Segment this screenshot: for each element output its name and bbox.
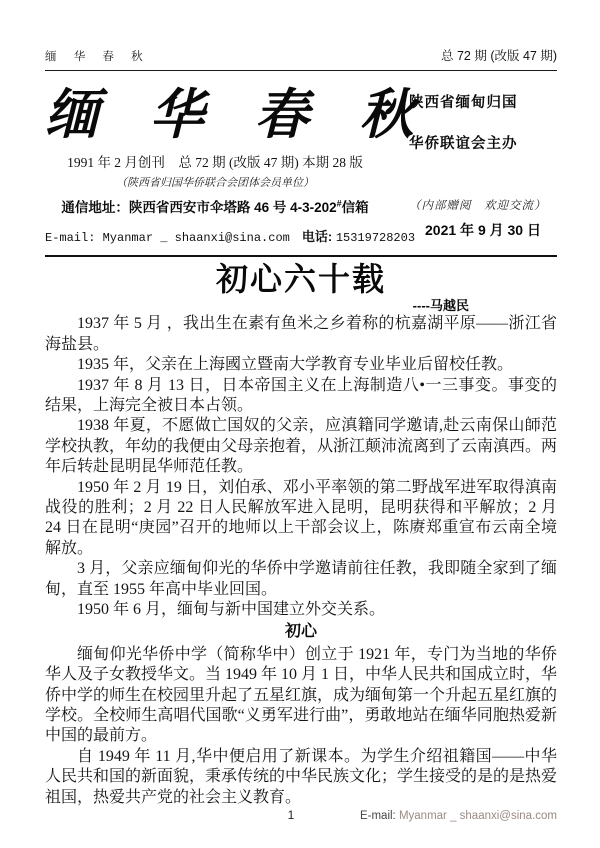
article-author: ----马越民 xyxy=(45,295,557,314)
article-body: 1937 年 5 月 ，我出生在素有鱼米之乡着称的杭嘉湖平原——浙江省海盐县。1… xyxy=(45,314,557,620)
running-header: 缅 华 春 秋 总 72 期 (改版 47 期) xyxy=(45,46,557,71)
article-title: 初心六十载 xyxy=(45,261,557,298)
contact-line: E-mail: Myanmar _ shaanxi@sina.com 电话: 1… xyxy=(45,226,385,245)
paragraph: 1935 年，父亲在上海國立暨南大学教育专业毕业后留校任教。 xyxy=(45,355,557,375)
mailing-address: 通信地址：陕西省西安市伞塔路 46 号 4-3-202#信箱 xyxy=(45,196,385,216)
paragraph: 3 月，父亲应缅甸仰光的华侨中学邀请前往任教，我即随全家到了缅甸，直至 1955… xyxy=(45,559,557,600)
publication-info: 1991 年 2 月创刊 总 72 期 (改版 47 期) 本期 28 版 xyxy=(45,151,385,171)
address-main: 陕西省西安市伞塔路 46 号 4-3-202 xyxy=(129,200,337,215)
paragraph: 1937 年 5 月 ，我出生在素有鱼米之乡着称的杭嘉湖平原——浙江省海盐县。 xyxy=(45,314,557,355)
email-label: E-mail: xyxy=(45,231,103,245)
section-body: 缅甸仰光华侨中学（简称华中）创立于 1921 年，专门为当地的华侨华人及子女教授… xyxy=(45,645,557,808)
section-heading: 初心 xyxy=(45,622,557,642)
masthead: 缅 华 春 秋 1991 年 2 月创刊 总 72 期 (改版 47 期) 本期… xyxy=(45,71,557,257)
paragraph: 自 1949 年 11 月,华中便启用了新课本。为学生介绍祖籍国——中华人民共和… xyxy=(45,747,557,808)
paragraph: 缅甸仰光华侨中学（简称华中）创立于 1921 年，专门为当地的华侨华人及子女教授… xyxy=(45,645,557,747)
page-number: 1 xyxy=(288,808,295,822)
running-header-title: 缅 华 春 秋 xyxy=(45,48,150,64)
page-footer: 1 E-mail: Myanmar _ shaanxi@sina.com xyxy=(45,808,557,822)
email-address: Myanmar _ shaanxi@sina.com xyxy=(103,231,290,245)
masthead-right-column: 陕西省缅甸归国 华侨联谊会主办 （内部赠阅 欢迎交流） 2021 年 9 月 3… xyxy=(385,81,557,245)
internal-circulation-note: （内部赠阅 欢迎交流） xyxy=(409,197,557,213)
address-label: 通信地址： xyxy=(61,200,129,215)
footer-email-label: E-mail: xyxy=(360,810,399,822)
paragraph: 1937 年 8 月 13 日，日本帝国主义在上海制造八•一三事变。事变的结果，… xyxy=(45,376,557,417)
running-header-issue: 总 72 期 (改版 47 期) xyxy=(441,46,557,64)
address-tail: 信箱 xyxy=(342,200,369,215)
phone-label: 电话: xyxy=(302,229,336,244)
newsletter-title: 缅 华 春 秋 xyxy=(45,81,385,149)
article: 初心六十载 ----马越民 1937 年 5 月 ，我出生在素有鱼米之乡着称的杭… xyxy=(45,261,557,809)
paragraph: 1950 年 6 月，缅甸与新中国建立外交关系。 xyxy=(45,600,557,620)
footer-email-address: Myanmar _ shaanxi@sina.com xyxy=(399,810,557,822)
paragraph: 1938 年夏，不愿做亡国奴的父亲，应滇籍同学邀请,赴云南保山師范学校执教，年幼… xyxy=(45,416,557,477)
footer-email: E-mail: Myanmar _ shaanxi@sina.com xyxy=(304,810,557,822)
member-unit-note: （陕西省归国华侨联合会团体会员单位） xyxy=(45,174,385,190)
masthead-left-column: 缅 华 春 秋 1991 年 2 月创刊 总 72 期 (改版 47 期) 本期… xyxy=(45,81,385,245)
paragraph: 1950 年 2 月 19 日，刘伯承、邓小平率领的第二野战军进军取得滇南战役的… xyxy=(45,478,557,560)
newsletter-page: 缅 华 春 秋 总 72 期 (改版 47 期) 缅 华 春 秋 1991 年 … xyxy=(0,0,600,848)
organizer-line-1: 陕西省缅甸归国 xyxy=(409,91,557,112)
organizer-line-2: 华侨联谊会主办 xyxy=(409,132,557,153)
issue-date: 2021 年 9 月 30 日 xyxy=(409,220,557,240)
